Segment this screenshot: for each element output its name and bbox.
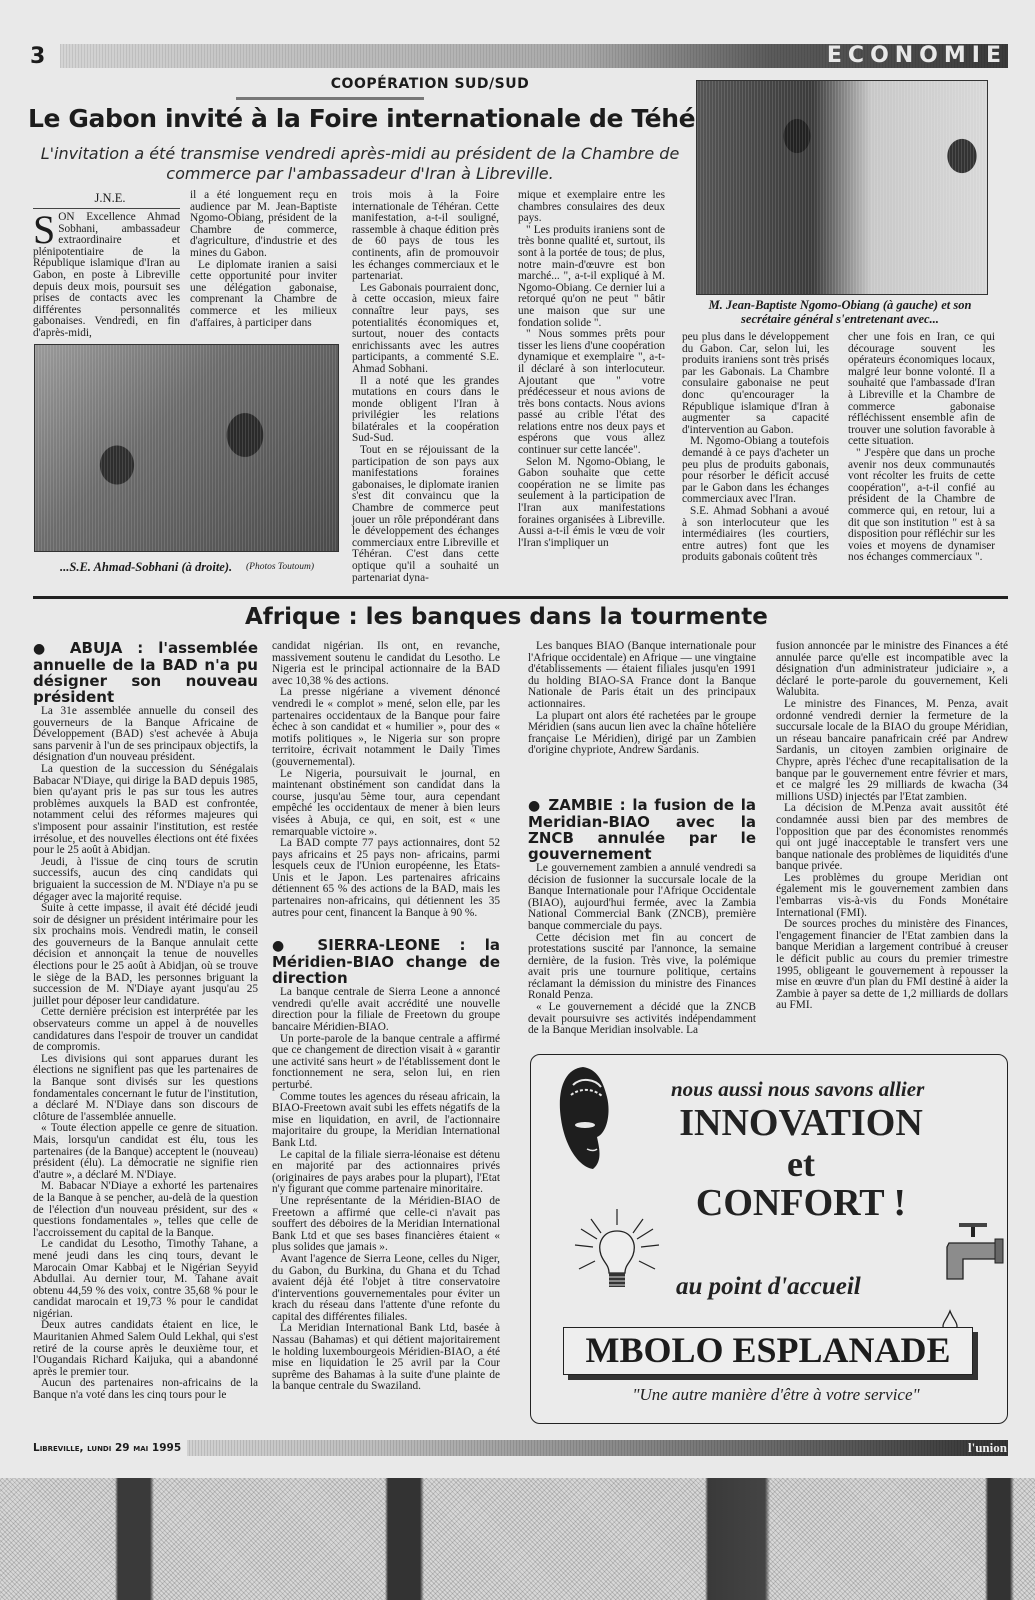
ad-tagline: nous aussi nous savons allier	[671, 1077, 924, 1102]
ad-brand: MBOLO ESPLANADE	[563, 1327, 973, 1375]
article1-headline: Le Gabon invité à la Foire international…	[28, 104, 688, 133]
ad-confort: CONFORT !	[621, 1181, 981, 1225]
abuja-subhead: ● ABUJA : l'assemblée annuelle de la BAD…	[33, 640, 258, 705]
article2-column-4: fusion annoncée par le ministre des Fina…	[776, 641, 1008, 1012]
sierra-leone-subhead: ● SIERRA-LEONE : la Méridien-BIAO change…	[272, 937, 500, 986]
byline-rule	[33, 208, 180, 209]
newspaper-page: 3 ECONOMIE COOPÉRATION SUD/SUD Le Gabon …	[0, 0, 1035, 1478]
section-divider	[33, 596, 1008, 599]
photo-chamber-president	[696, 80, 988, 295]
section-label: ECONOMIE	[827, 44, 1007, 68]
ad-slogan: "Une autre manière d'être à votre servic…	[591, 1385, 961, 1405]
article1-column-5: peu plus dans le développement du Gabon.…	[682, 332, 829, 564]
photo1-caption: ...S.E. Ahmad-Sobhani (à droite).	[60, 560, 232, 575]
article2-headline: Afrique : les banques dans la tourmente	[245, 604, 768, 630]
article1-column-4: mique et exemplaire entre les chambres c…	[518, 190, 665, 549]
zambie-subhead: ● ZAMBIE : la fusion de la Meridian-BIAO…	[528, 797, 756, 862]
photo-credit: (Photos Toutoum)	[246, 562, 314, 572]
article2-column-3: Les banques BIAO (Banque internationale …	[528, 641, 756, 1037]
bullet-icon: ●	[528, 798, 542, 814]
article1-column-1: SON Excellence Ahmad Sobhani, ambassadeu…	[33, 212, 180, 340]
african-mask-icon	[553, 1063, 615, 1175]
ad-point-accueil: au point d'accueil	[676, 1273, 861, 1301]
bullet-icon: ●	[272, 938, 298, 954]
article2-column-2: candidat nigérian. Ils ont, en revanche,…	[272, 641, 500, 1393]
bullet-icon: ●	[33, 641, 55, 657]
article1-column-6: cher une fois en Iran, ce qui décourage …	[848, 332, 995, 564]
article2-column-1: ● ABUJA : l'assemblée annuelle de la BAD…	[33, 640, 258, 1402]
photo2-caption: M. Jean-Baptiste Ngomo-Obiang (à gauche)…	[690, 298, 990, 326]
water-tap-icon	[941, 1223, 1005, 1303]
byline: J.N.E.	[60, 191, 160, 206]
article1-column-3: trois mois à la Foire internationale de …	[352, 190, 499, 584]
ad-innovation: INNOVATION	[621, 1101, 981, 1145]
advertisement-mbolo: nous aussi nous savons allier INNOVATION…	[530, 1054, 1008, 1424]
footer-dateline: Libreville, lundi 29 mai 1995	[33, 1440, 187, 1456]
article1-column-2: il a été longuement reçu en audience par…	[190, 190, 337, 329]
ad-et: et	[621, 1143, 981, 1185]
photo-ambassador	[34, 344, 339, 552]
scan-artifact-area	[0, 1478, 1035, 1600]
newspaper-logo: l'union	[968, 1440, 1007, 1456]
drop-cap: S	[33, 214, 55, 246]
article1-deck: L'invitation a été transmise vendredi ap…	[40, 144, 680, 184]
kicker-underline	[236, 97, 424, 100]
page-number: 3	[30, 44, 45, 69]
article1-kicker: COOPÉRATION SUD/SUD	[180, 76, 680, 92]
